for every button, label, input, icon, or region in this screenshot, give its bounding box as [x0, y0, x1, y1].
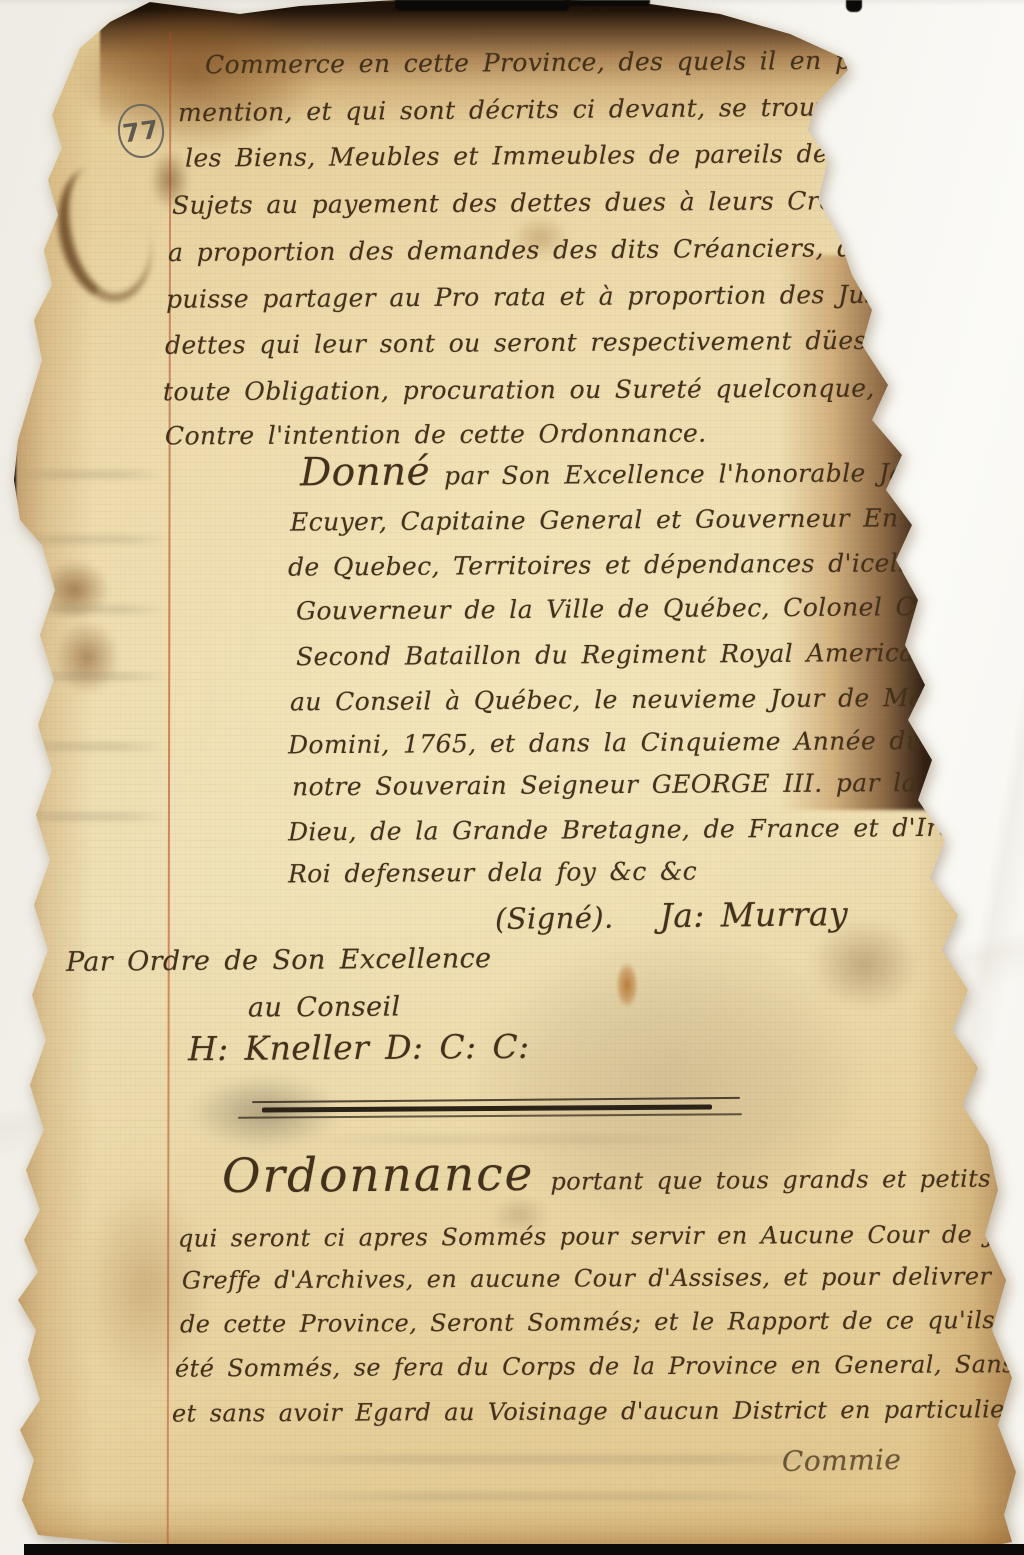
- bleedthrough-text: [250, 1492, 850, 1501]
- bleedthrough-text: [14, 470, 164, 479]
- ink-divider-rule: [262, 1104, 712, 1112]
- ordinance-heading-line: Ordonnance portant que tous grands et pe…: [222, 1143, 1024, 1204]
- stain: [810, 920, 920, 1010]
- ordinance-heading: Ordonnance: [222, 1147, 535, 1204]
- manuscript-line: Contre l'intention de cette Ordonnance.: [165, 419, 707, 451]
- manuscript-line: Roi defenseur dela foy &c &c: [288, 857, 697, 889]
- bleedthrough-text: [300, 1135, 720, 1144]
- signature-line: (Signé). Ja: Murray: [495, 894, 848, 937]
- manuscript-line: Dieu, de la Grande Bretagne, de France e…: [288, 813, 978, 847]
- manuscript-line: au Conseil à Québec, le neuvieme Jour de…: [290, 683, 982, 717]
- manuscript-line: Donné par Son Excellence l'honorable Jac…: [300, 446, 981, 496]
- manuscript-line: Greffe d'Archives, en aucune Cour d'Assi…: [182, 1261, 1024, 1294]
- manuscript-line: puisse partager au Pro rata et à proport…: [166, 279, 956, 314]
- manuscript-line: et sans avoir Egard au Voisinage d'aucun…: [172, 1394, 1024, 1427]
- manuscript-line: Sujets au payement des dettes dues à leu…: [172, 185, 983, 220]
- manuscript-line: mention, et qui sont décrits ci devant, …: [178, 92, 900, 127]
- bleedthrough-text: [12, 672, 170, 681]
- manuscript-line: Domini, 1765, et dans la Cinquieme Année…: [288, 726, 970, 760]
- binding-remnant: [4, 420, 16, 525]
- bleedthrough-text: [12, 812, 167, 821]
- charred-top-fragment: [395, 0, 570, 11]
- order-line: H: Kneller D: C: C:: [188, 1027, 530, 1068]
- page-number-stamp: 77: [114, 101, 167, 161]
- scan-bottom-strip: [24, 1544, 1024, 1555]
- catchword: Commie: [782, 1443, 902, 1478]
- aged-left-edge: [0, 0, 95, 1555]
- manuscript-scan: 77 Commerce en cette Province, des quels…: [0, 0, 1024, 1555]
- manuscript-line: Gouverneur de la Ville de Québec, Colone…: [296, 592, 1011, 626]
- manuscript-line: qui seront ci apres Sommés pour servir e…: [178, 1219, 1024, 1252]
- binding-remnant: [6, 335, 20, 405]
- page-number: 77: [121, 114, 161, 148]
- ink-divider-rule: [252, 1097, 740, 1103]
- manuscript-line: toute Obligation, procuration ou Sureté …: [163, 373, 1024, 407]
- lead-word-donne: Donné: [300, 449, 430, 495]
- manuscript-line: notre Souverain Seigneur GEORGE III. par…: [292, 768, 963, 802]
- manuscript-line: dettes qui leur sont ou seront respectiv…: [165, 325, 953, 359]
- order-line: Par Ordre de Son Excellence: [66, 943, 492, 978]
- manuscript-line: Ecuyer, Capitaine General et Gouverneur …: [290, 502, 1024, 536]
- lead-rest: par Son Excellence l'honorable Jacques: [444, 458, 981, 491]
- manuscript-line: Commerce en cette Province, des quels il…: [205, 46, 852, 80]
- signed-label: (Signé).: [495, 901, 614, 936]
- stain: [616, 962, 638, 1008]
- bleedthrough-text: [15, 742, 165, 751]
- ink-divider-rule: [238, 1113, 742, 1118]
- ordinance-heading-rest: portant que tous grands et petits Jurés: [550, 1164, 1024, 1196]
- charred-top-fragment: [846, 0, 862, 12]
- manuscript-line: a proportion des demandes des dits Créan…: [168, 232, 1024, 267]
- bleedthrough-text: [10, 535, 170, 544]
- paper-wrap: 77 Commerce en cette Province, des quels…: [0, 0, 1024, 1555]
- manuscript-page: 77 Commerce en cette Province, des quels…: [0, 0, 1024, 1555]
- stain: [55, 620, 120, 695]
- order-line: au Conseil: [248, 991, 401, 1023]
- manuscript-line: de Quebec, Territoires et dépendances d'…: [288, 547, 1024, 581]
- bleedthrough-text: [16, 605, 166, 614]
- manuscript-line: les Biens, Meubles et Immeubles de parei…: [185, 138, 921, 172]
- manuscript-line: de cette Province, Seront Sommés; et le …: [180, 1306, 1024, 1339]
- charred-top-fragment: [565, 0, 650, 6]
- stain: [45, 156, 166, 312]
- manuscript-line: été Sommés, se fera du Corps de la Provi…: [175, 1349, 1024, 1382]
- manuscript-line: Second Bataillon du Regiment Royal Ameri…: [296, 638, 940, 671]
- signature-name: Ja: Murray: [659, 894, 848, 935]
